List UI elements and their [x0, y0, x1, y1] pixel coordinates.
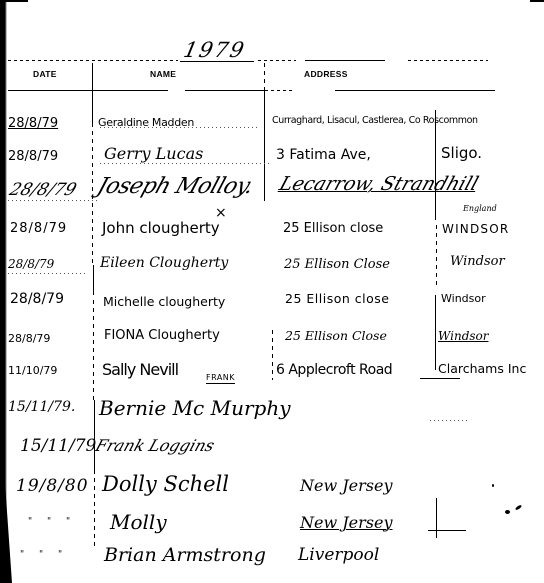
divider-date-name [94, 400, 95, 470]
divider-date-name [94, 470, 95, 550]
entry-name: Gerry Lucas [104, 146, 203, 162]
column-header-address: ADDRESS [304, 69, 348, 79]
rule-header-bottom [185, 90, 265, 91]
entry-date: 15/11/79. [8, 400, 75, 414]
entry-address: Liverpool [298, 547, 379, 564]
cross-rule [428, 530, 466, 531]
divider-name-address [264, 91, 265, 201]
entry-town: Sligo. [441, 146, 482, 161]
entry-name: Sally Nevill [102, 362, 178, 378]
divider-address-town [435, 110, 436, 220]
divider-address-town [436, 498, 437, 538]
entry-name-note: FRANK [206, 373, 235, 384]
entry-address: 25 Ellison close [283, 222, 383, 235]
entry-name: Bernie Mc Murphy [99, 398, 291, 418]
entry-date: 28/8/79 [8, 258, 54, 270]
entry-name: Molly [110, 512, 167, 532]
row-guide [100, 163, 270, 164]
scan-edge-top-right [530, 0, 544, 2]
entry-address: 6 Applecroft Road [276, 363, 392, 377]
entry-address: Lecarrow, Strandhill [277, 175, 481, 194]
year-underline [180, 61, 254, 62]
entry-name: Eileen Clougherty [100, 256, 228, 270]
entry-address: 25 Ellison Close [285, 330, 387, 343]
rule-header-bottom [265, 90, 295, 91]
divider-address-town [435, 295, 436, 370]
year-heading: 1979 [181, 38, 248, 62]
entry-name: FIONA Clougherty [104, 329, 220, 342]
divider-date-name [92, 63, 93, 123]
entry-name: Michelle clougherty [103, 296, 225, 309]
divider-name-address [264, 63, 265, 91]
entry-address: New Jersey [300, 478, 393, 494]
entry-name: Brian Armstrong [104, 546, 266, 565]
divider-date-name [92, 123, 93, 263]
scan-edge-top-left [0, 0, 28, 2]
entry-name: Geraldine Madden [98, 117, 194, 128]
entry-date: 15/11/79 [20, 438, 96, 455]
entry-date: 28/8/79 [8, 150, 58, 163]
divider-date-name [93, 265, 94, 295]
entry-town: Windsor [450, 255, 505, 268]
entry-name: Frank Loggins [93, 438, 216, 454]
entry-address: Curraghard, Lisacul, Castlerea, Co Rosco… [272, 116, 478, 126]
rule-header-bottom [335, 90, 495, 91]
row-guide [8, 273, 88, 274]
entry-date-ditto: " " " [28, 518, 76, 527]
row-guide [8, 200, 98, 201]
entry-date-ditto: " " " [20, 551, 68, 560]
entry-name: John clougherty [102, 221, 220, 236]
entry-address: 3 Fatima Ave, [276, 148, 371, 162]
entry-town: Windsor [441, 293, 486, 304]
entry-date: 28/8/79 [8, 333, 50, 344]
column-header-name: NAME [150, 69, 176, 79]
rule-top [8, 60, 178, 61]
divider-name-address [272, 330, 273, 380]
entry-town: Clarchams Inc [438, 363, 526, 376]
column-header-date: DATE [33, 69, 57, 79]
entry-address: 25 Ellison Close [284, 258, 390, 271]
ink-speck [515, 504, 522, 510]
ink-speck [505, 510, 510, 514]
rule-top [408, 60, 488, 61]
row-guide [430, 420, 470, 421]
entry-address: 25 Ellison close [285, 293, 389, 306]
entry-date: 19/8/80 [16, 478, 89, 495]
entry-date: 11/10/79 [8, 365, 57, 376]
entry-town: Windsor [438, 330, 489, 342]
entry-date: 28/8/79 [8, 117, 58, 130]
entry-date: 28/8/79 [7, 182, 78, 199]
entry-town: WINDSOR [442, 223, 509, 235]
entry-name: Dolly Schell [102, 474, 229, 495]
entry-name: Joseph Molloy. [94, 176, 255, 198]
entry-address-note: England [463, 205, 497, 213]
entry-address: New Jersey [300, 515, 393, 531]
rule-header-bottom [8, 90, 168, 91]
ink-speck [492, 484, 494, 487]
divider-date-name [93, 300, 94, 400]
rule-top [305, 60, 385, 61]
divider-address-town [436, 225, 437, 285]
register-page: 1979 DATE NAME ADDRESS 28/8/79 Geraldine… [0, 0, 544, 583]
cross-rule [420, 378, 460, 379]
rule-top [258, 60, 296, 61]
entry-date: 28/8/79 [10, 292, 64, 306]
entry-date: 28/8/79 [10, 222, 67, 235]
